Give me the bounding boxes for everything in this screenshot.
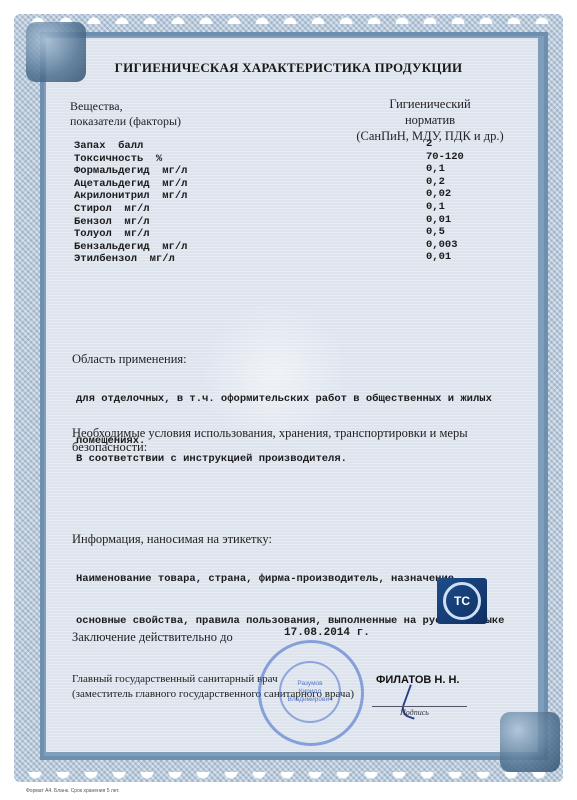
- footer-note: Формат А4. Бланк. Срок хранения 5 лет.: [26, 788, 120, 794]
- factor-name: Бензол мг/л: [74, 216, 187, 229]
- signature-caption: Подпись: [400, 708, 429, 717]
- validity-date: 17.08.2014 г.: [284, 627, 370, 639]
- factor-name: Формальдегид мг/л: [74, 165, 187, 178]
- factor-name: Ацетальдегид мг/л: [74, 178, 187, 191]
- factor-value: 0,1: [426, 163, 464, 176]
- factor-name: Толуол мг/л: [74, 228, 187, 241]
- column-header-substances: Вещества, показатели (факторы): [70, 99, 181, 129]
- conditions-label: Необходимые условия использования, хране…: [72, 426, 468, 454]
- factor-name: Токсичность %: [74, 153, 187, 166]
- ornament-corner-icon: [500, 712, 560, 772]
- decorative-edge-top: [24, 10, 553, 24]
- header-right-line: Гигиенический: [340, 96, 520, 112]
- certification-logo-icon: ТС: [437, 578, 487, 624]
- signature-line: [372, 706, 467, 707]
- stamp-line: Владимирович: [288, 696, 333, 704]
- conditions-label-line: Необходимые условия использования, хране…: [72, 426, 468, 440]
- factor-value: 0,01: [426, 214, 464, 227]
- factor-value: 0,5: [426, 226, 464, 239]
- factor-name: Стирол мг/л: [74, 203, 187, 216]
- factor-value: 0,1: [426, 201, 464, 214]
- factor-value: 2: [426, 138, 464, 151]
- decorative-edge-bottom: [24, 772, 553, 786]
- factor-value: 0,003: [426, 239, 464, 252]
- factor-name: Запах балл: [74, 140, 187, 153]
- header-right-line: норматив: [340, 112, 520, 128]
- official-stamp-icon: Разумов Кирилл Владимирович: [258, 640, 364, 746]
- factor-value: 0,02: [426, 188, 464, 201]
- stamp-line: Разумов: [297, 680, 322, 688]
- document-title: ГИГИЕНИЧЕСКАЯ ХАРАКТЕРИСТИКА ПРОДУКЦИИ: [0, 60, 577, 76]
- factor-name: Акрилонитрил мг/л: [74, 190, 187, 203]
- factor-name: Этилбензол мг/л: [74, 253, 187, 266]
- factor-value: 0,2: [426, 176, 464, 189]
- factor-values: 2 70-120 0,1 0,2 0,02 0,1 0,01 0,5 0,003…: [426, 138, 464, 264]
- factor-names: Запах балл Токсичность % Формальдегид мг…: [74, 140, 187, 266]
- header-left-line: Вещества,: [70, 99, 181, 114]
- column-header-norm: Гигиенический норматив (СанПиН, МДУ, ПДК…: [340, 96, 520, 144]
- signer-name: ФИЛАТОВ Н. Н.: [376, 674, 459, 686]
- header-left-line: показатели (факторы): [70, 114, 181, 129]
- validity-label: Заключение действительно до: [72, 630, 233, 645]
- logo-ring: ТС: [443, 582, 481, 620]
- factor-value: 0,01: [426, 251, 464, 264]
- application-line: для отделочных, в т.ч. оформительских ра…: [76, 392, 492, 406]
- conditions-text: В соответствии с инструкцией производите…: [76, 452, 347, 466]
- factor-value: 70-120: [426, 151, 464, 164]
- stamp-line: Кирилл: [299, 688, 321, 696]
- stamp-center: Разумов Кирилл Владимирович: [279, 661, 341, 723]
- factor-name: Бензальдегид мг/л: [74, 241, 187, 254]
